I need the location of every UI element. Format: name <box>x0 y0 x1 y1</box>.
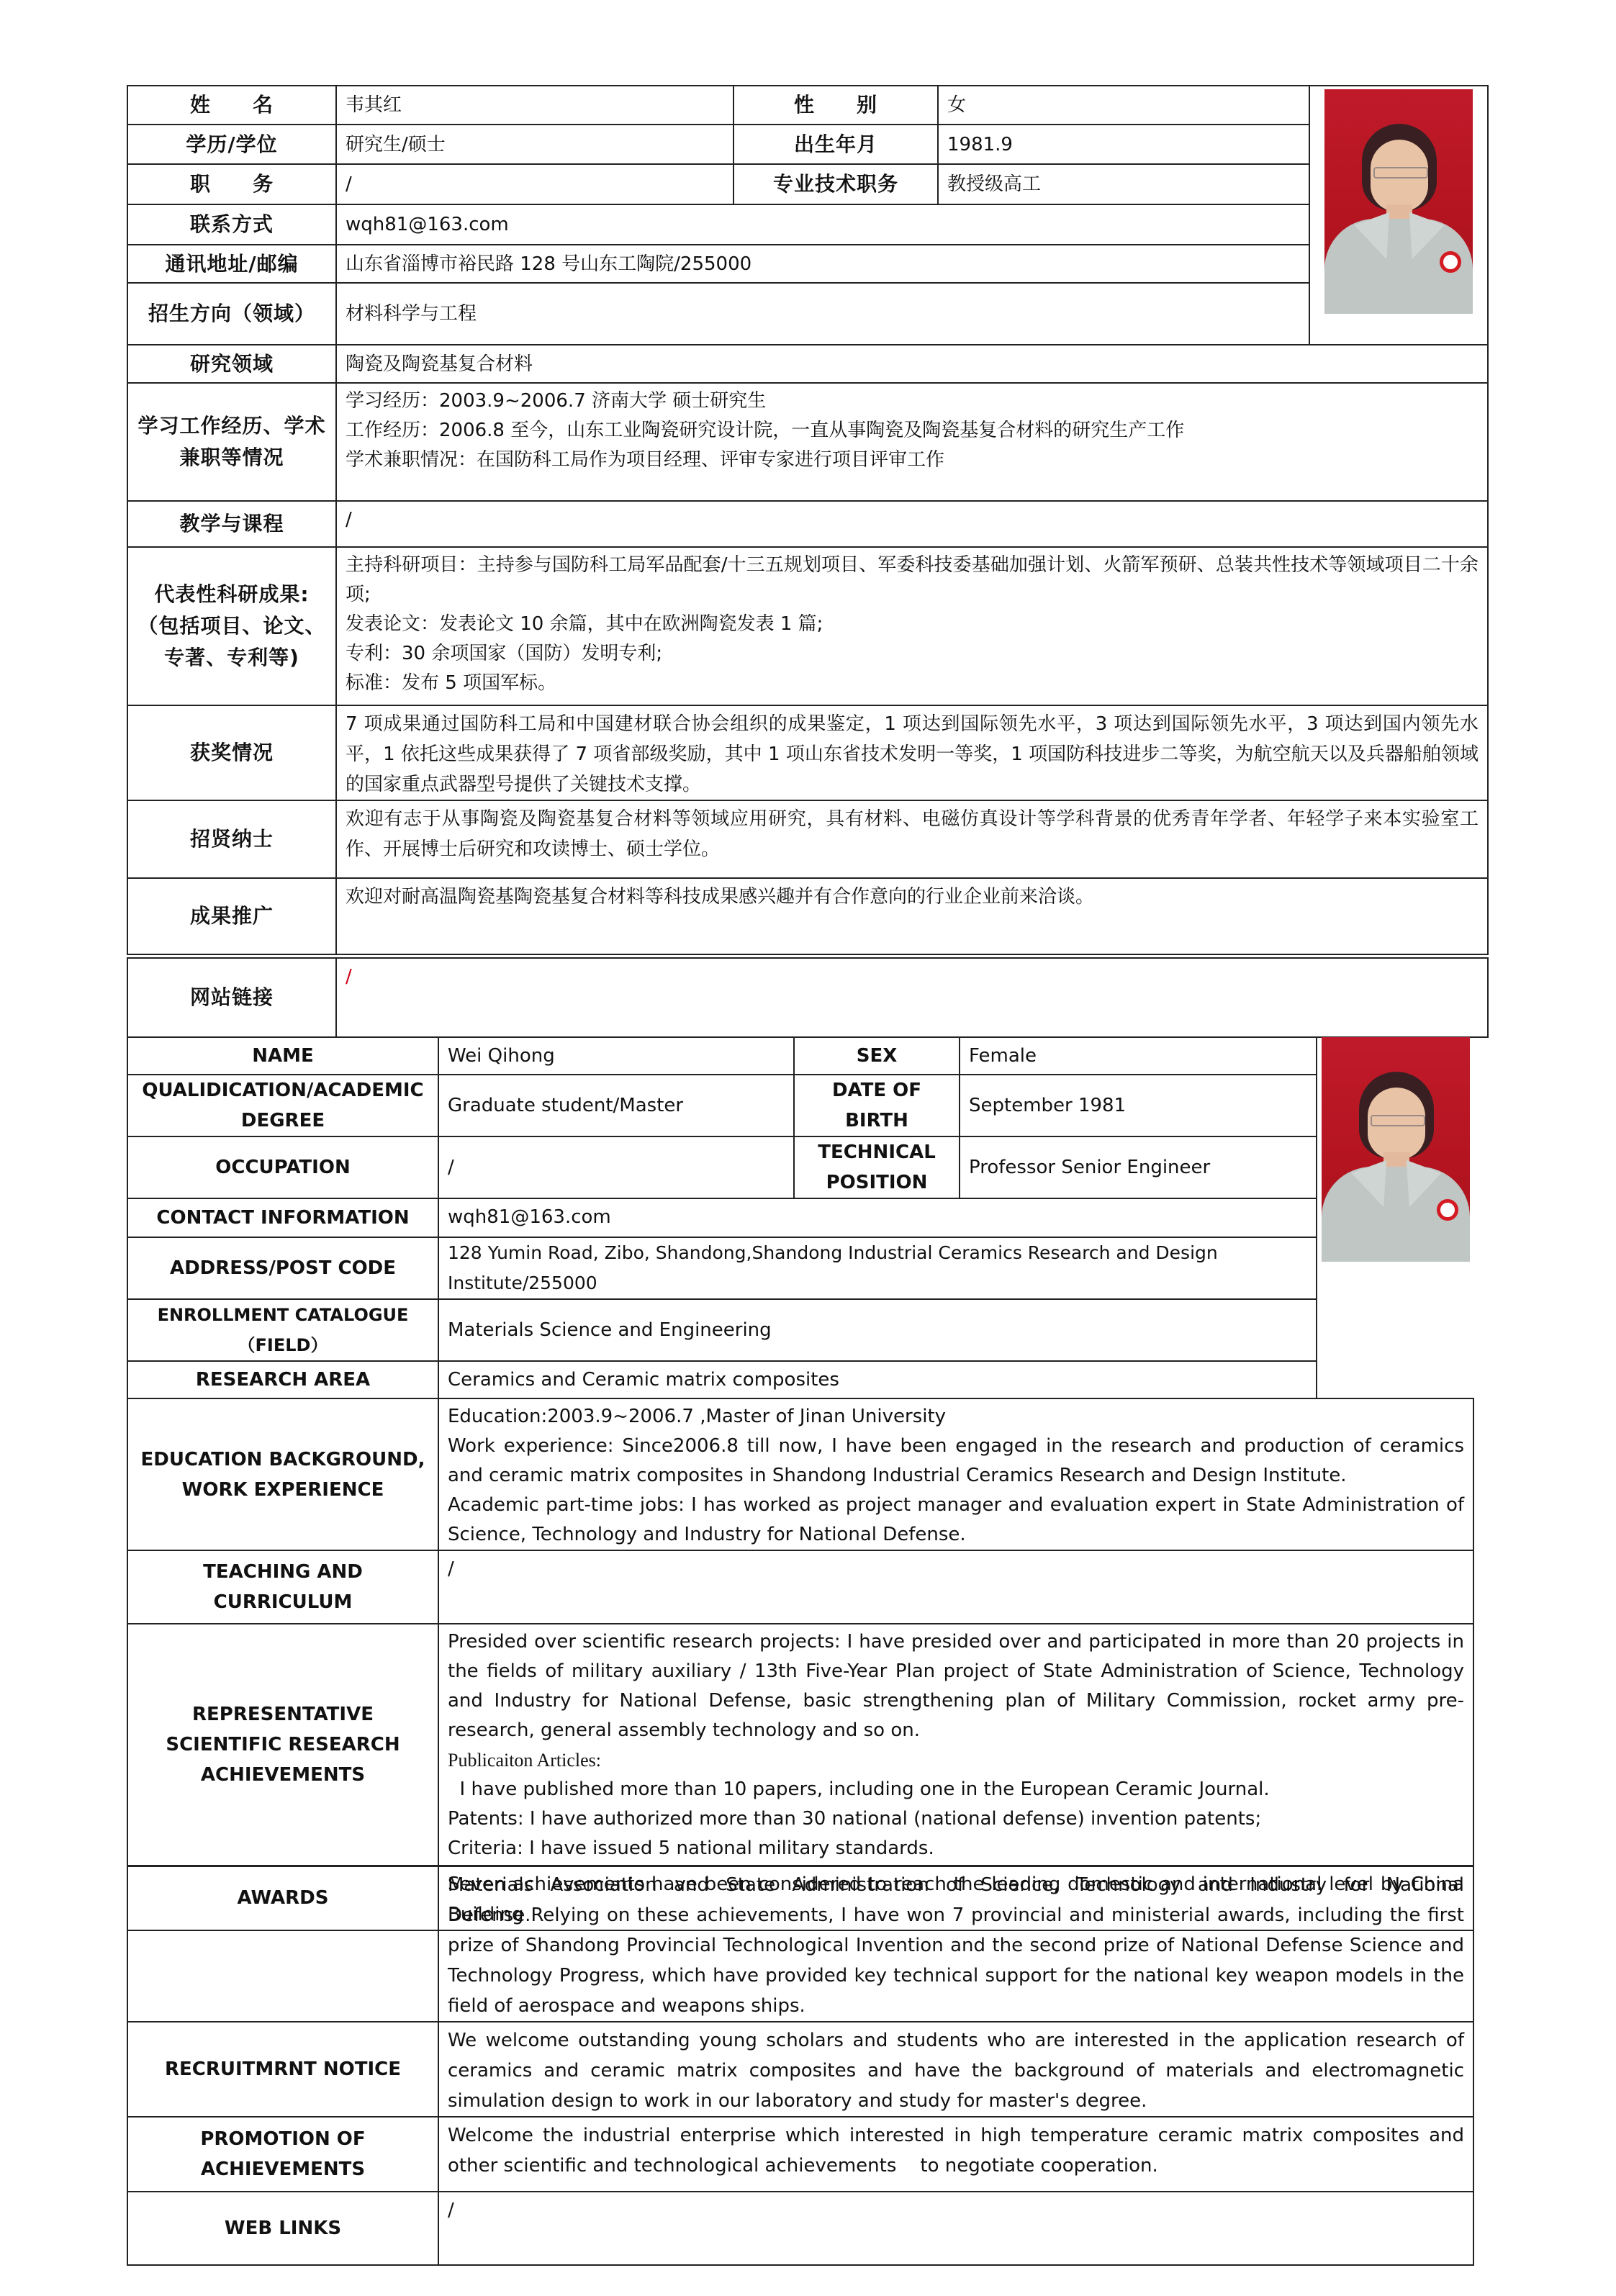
teaching-label: 教学与课程 <box>127 501 336 547</box>
education-line: Education:2003.9~2006.7 ,Master of Jinan… <box>448 1402 1464 1432</box>
logo-icon <box>1437 1199 1458 1221</box>
en-occupation-value: / <box>438 1136 794 1198</box>
en-tech-value: Professor Senior Engineer <box>960 1136 1317 1198</box>
en-birth-value: September 1981 <box>960 1075 1317 1136</box>
en-promotion-label: PROMOTION OF ACHIEVEMENTS <box>127 2117 438 2192</box>
experience-label: 学习工作经历、学术兼职等情况 <box>127 383 336 501</box>
en-degree-label: QUALIDICATION/ACADEMIC DEGREE <box>127 1075 438 1136</box>
promotion-value: 欢迎对耐高温陶瓷基陶瓷基复合材料等科技成果感兴趣并有合作意向的行业企业前来洽谈。 <box>336 878 1488 954</box>
en-weblinks-value[interactable]: / <box>438 2192 1473 2265</box>
en-sex-value: Female <box>960 1037 1317 1075</box>
achievements-label: 代表性科研成果:（包括项目、论文、专著、专利等) <box>127 547 336 705</box>
experience-value: 学习经历：2003.9~2006.7 济南大学 硕士研究生 工作经历：2006.… <box>336 383 1488 501</box>
en-teaching-value: / <box>438 1550 1473 1624</box>
achievement-line: Patents: I have authorized more than 30 … <box>448 1804 1464 1834</box>
gender-label: 性 别 <box>733 86 938 125</box>
en-teaching-label: TEACHING AND CURRICULUM <box>127 1550 438 1624</box>
degree-value: 研究生/硕士 <box>336 125 733 164</box>
name-label: 姓 名 <box>127 86 336 125</box>
birth-label: 出生年月 <box>733 125 938 164</box>
en-birth-label: DATE OF BIRTH <box>794 1075 960 1136</box>
chinese-profile-table: 姓 名 韦其红 性 别 女 学历/学位 研究生/硕士 出生年月 1981.9 职… <box>127 85 1489 955</box>
achievement-line: Presided over scientific research projec… <box>448 1627 1464 1745</box>
recruit-label: 招贤纳士 <box>127 800 336 878</box>
achievement-line: Criteria: I have issued 5 national milit… <box>448 1834 1464 1863</box>
research-label: 研究领域 <box>127 345 336 383</box>
awards-label: 获奖情况 <box>127 705 336 800</box>
en-recruit-label: RECRUITMRNT NOTICE <box>127 2022 438 2117</box>
tech-title-label: 专业技术职务 <box>733 164 938 204</box>
en-recruit-value: We welcome outstanding young scholars an… <box>438 2022 1473 2117</box>
tech-title-value: 教授级高工 <box>938 164 1309 204</box>
achievement-line: 专利：30 余项国家（国防）发明专利; <box>346 639 1479 669</box>
en-promotion-value: Welcome the industrial enterprise which … <box>438 2117 1473 2192</box>
position-value: / <box>336 164 733 204</box>
contact-value: wqh81@163.com <box>336 204 1309 245</box>
en-awards-value-part2: Materials Association and State Administ… <box>438 1866 1473 2022</box>
achievements-value: 主持科研项目：主持参与国防科工局军品配套/十三五规划项目、军委科技委基础加强计划… <box>336 547 1488 705</box>
english-profile-table: NAME Wei Qihong SEX Female QUALIDICATION… <box>127 1036 1474 1931</box>
recruit-value: 欢迎有志于从事陶瓷及陶瓷基复合材料等领域应用研究，具有材料、电磁仿真设计等学科背… <box>336 800 1488 878</box>
portrait-photo <box>1324 89 1473 314</box>
education-line: Academic part-time jobs: I has worked as… <box>448 1491 1464 1550</box>
achievement-line: 主持科研项目：主持参与国防科工局军品配套/十三五规划项目、军委科技委基础加强计划… <box>346 551 1479 610</box>
en-enrollment-label: ENROLLMENT CATALOGUE（FIELD） <box>127 1299 438 1361</box>
contact-label: 联系方式 <box>127 204 336 245</box>
en-name-label: NAME <box>127 1037 438 1075</box>
achievement-line: 发表论文：发表论文 10 余篇，其中在欧洲陶瓷发表 1 篇; <box>346 610 1479 639</box>
en-education-value: Education:2003.9~2006.7 ,Master of Jinan… <box>438 1398 1473 1550</box>
experience-line: 学术兼职情况：在国防科工局作为项目经理、评审专家进行项目评审工作 <box>346 446 1479 475</box>
degree-label: 学历/学位 <box>127 125 336 164</box>
en-education-label: EDUCATION BACKGROUND, WORK EXPERIENCE <box>127 1398 438 1550</box>
en-contact-label: CONTACT INFORMATION <box>127 1198 438 1237</box>
en-address-value: 128 Yumin Road, Zibo, Shandong,Shandong … <box>438 1237 1317 1299</box>
chinese-website-table: 网站链接 / <box>127 957 1489 1038</box>
en-enrollment-value: Materials Science and Engineering <box>438 1299 1317 1361</box>
en-weblinks-label: WEB LINKS <box>127 2192 438 2265</box>
en-contact-value: wqh81@163.com <box>438 1198 1317 1237</box>
en-name-value: Wei Qihong <box>438 1037 794 1075</box>
awards-value: 7 项成果通过国防科工局和中国建材联合协会组织的成果鉴定，1 项达到国际领先水平… <box>336 705 1488 800</box>
en-address-label: ADDRESS/POST CODE <box>127 1237 438 1299</box>
birth-value: 1981.9 <box>938 125 1309 164</box>
english-profile-table-continued: Materials Association and State Administ… <box>127 1866 1474 2266</box>
achievement-line: Publicaiton Articles: <box>448 1745 1464 1775</box>
en-research-label: RESEARCH AREA <box>127 1361 438 1398</box>
research-value: 陶瓷及陶瓷基复合材料 <box>336 345 1488 383</box>
website-label: 网站链接 <box>127 958 336 1037</box>
en-photo-cell <box>1317 1037 1473 1398</box>
portrait-photo <box>1322 1037 1470 1262</box>
en-research-value: Ceramics and Ceramic matrix composites <box>438 1361 1317 1398</box>
en-occupation-label: OCCUPATION <box>127 1136 438 1198</box>
en-achievements-value: Presided over scientific research projec… <box>438 1624 1473 1866</box>
en-sex-label: SEX <box>794 1037 960 1075</box>
enrollment-value: 材料科学与工程 <box>336 283 1309 345</box>
teaching-value: / <box>336 501 1488 547</box>
position-label: 职 务 <box>127 164 336 204</box>
experience-line: 工作经历：2006.8 至今，山东工业陶瓷研究设计院，一直从事陶瓷及陶瓷基复合材… <box>346 416 1479 446</box>
promotion-label: 成果推广 <box>127 878 336 954</box>
website-value[interactable]: / <box>336 958 1488 1037</box>
en-awards-continued-label <box>127 1866 438 2022</box>
achievement-line: I have published more than 10 papers, in… <box>448 1775 1464 1804</box>
address-value: 山东省淄博市裕民路 128 号山东工陶院/255000 <box>336 245 1309 283</box>
experience-line: 学习经历：2003.9~2006.7 济南大学 硕士研究生 <box>346 387 1479 416</box>
en-tech-label: TECHNICAL POSITION <box>794 1136 960 1198</box>
name-value: 韦其红 <box>336 86 733 125</box>
photo-cell <box>1309 86 1488 345</box>
logo-icon <box>1440 251 1461 273</box>
address-label: 通讯地址/邮编 <box>127 245 336 283</box>
education-line: Work experience: Since2006.8 till now, I… <box>448 1432 1464 1491</box>
en-degree-value: Graduate student/Master <box>438 1075 794 1136</box>
gender-value: 女 <box>938 86 1309 125</box>
achievement-line: 标准：发布 5 项国军标。 <box>346 669 1479 698</box>
enrollment-label: 招生方向（领域） <box>127 283 336 345</box>
en-achievements-label: REPRESENTATIVE SCIENTIFIC RESEARCH ACHIE… <box>127 1624 438 1866</box>
